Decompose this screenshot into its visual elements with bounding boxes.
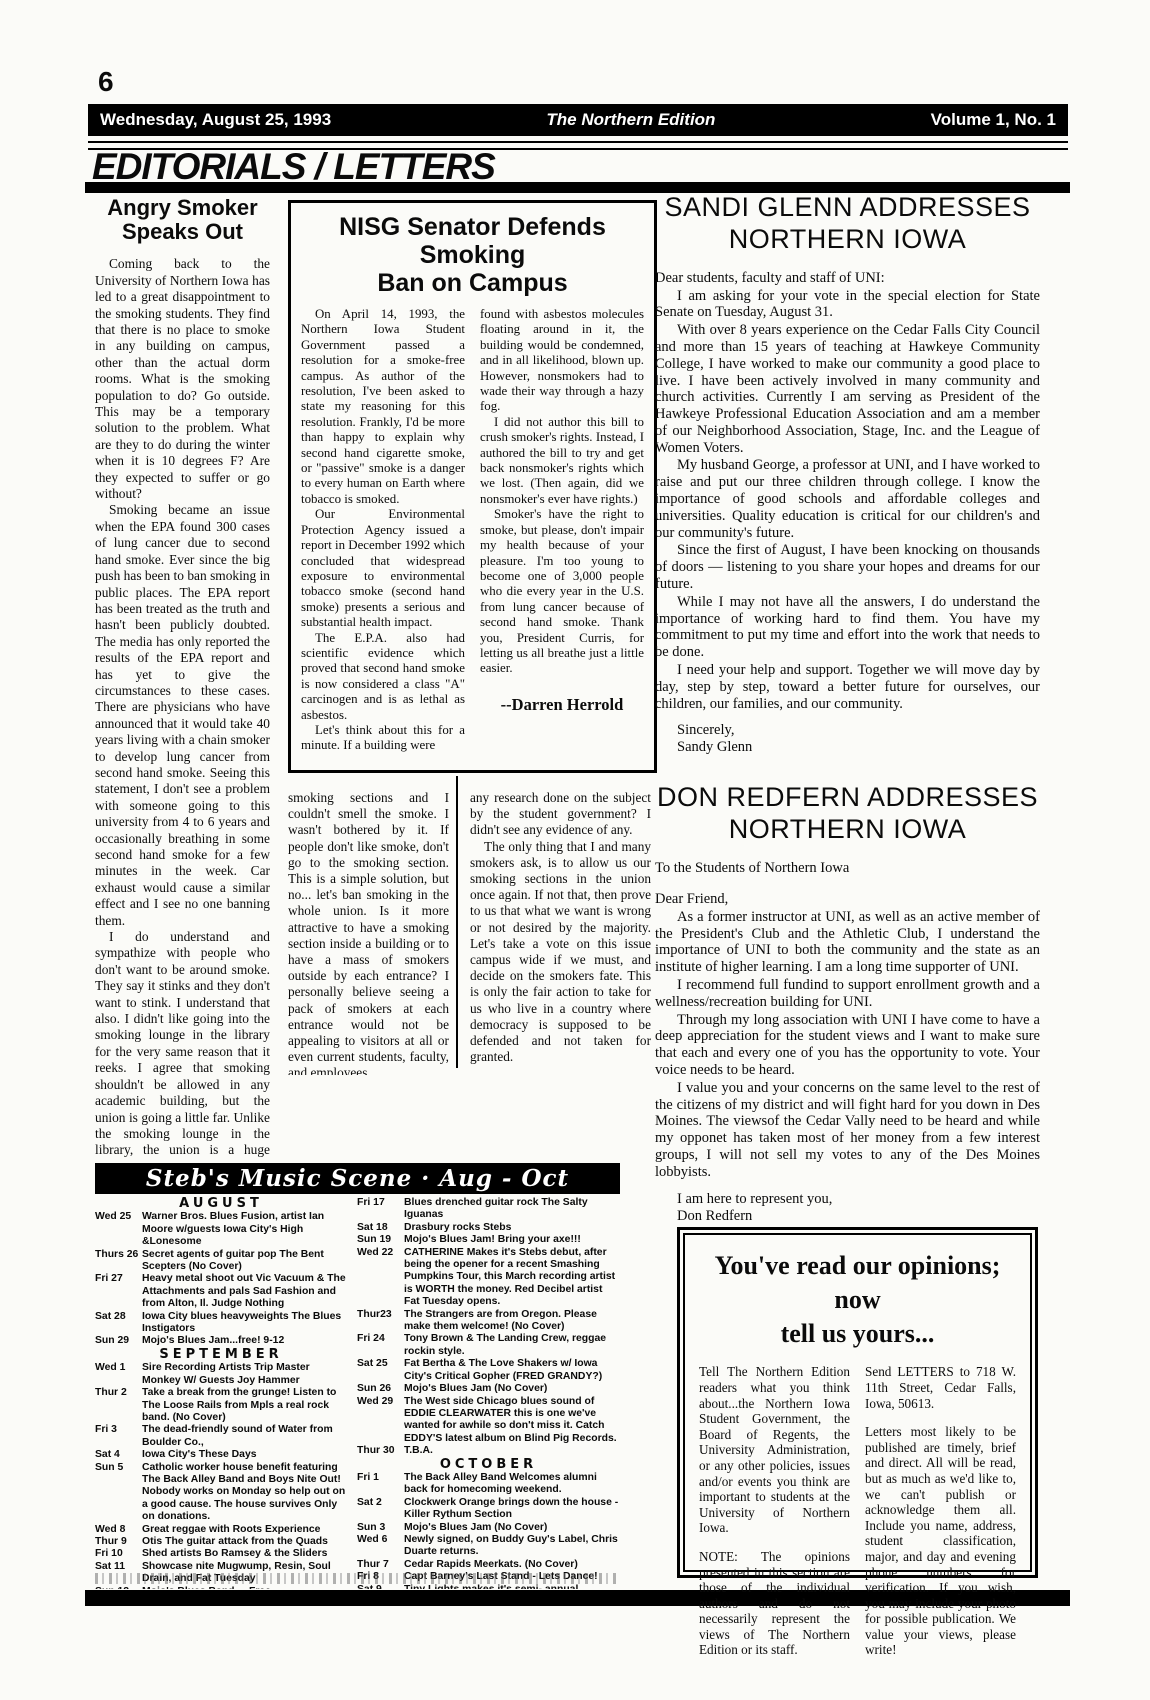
event-description: Iowa City blues heavyweights The Blues I… [142,1311,347,1336]
paragraph: I did not author this bill to crush smok… [480,415,644,507]
paragraph: Tell The Northern Edition readers what y… [699,1364,850,1536]
event-day: Sat 18 [357,1222,404,1234]
paragraph: I do understand and sympathize with peop… [95,929,270,1161]
event-description: Shed artists Bo Ramsey & the Sliders [142,1548,347,1560]
paragraph: Our Environmental Protection Agency issu… [301,507,465,630]
headline-line: Speaks Out [95,220,270,244]
letter-redfern-body: To the Students of Northern Iowa Dear Fr… [655,860,1040,1222]
event-day: Sun 5 [95,1462,142,1524]
event-day: Thurs 26 [95,1249,142,1274]
music-event: Thurs 26Secret agents of guitar pop The … [95,1249,347,1274]
event-description: Mojo's Blues Jam...free! 9-12 [142,1335,347,1347]
article-headline: NISG Senator Defends Smoking Ban on Camp… [301,213,644,297]
paragraph: I need your help and support. Together w… [655,662,1040,712]
event-day: Thur23 [357,1309,404,1334]
music-event: Wed 1Sire Recording Artists Trip Master … [95,1362,347,1387]
event-day: Sun 19 [357,1234,404,1246]
event-day: Sat 25 [357,1358,404,1383]
event-day: Sat 9 [357,1584,404,1589]
event-description: Secret agents of guitar pop The Bent Sce… [142,1249,347,1274]
letter-continuation-left: smoking sections and I couldn't smell th… [288,790,449,1075]
headline-line: DON REDFERN ADDRESSES [655,782,1040,814]
event-description: Fat Bertha & The Love Shakers w/ Iowa Ci… [404,1358,620,1383]
music-event: Thur 7Cedar Rapids Meerkats. (No Cover) [357,1559,620,1571]
paragraph: As a former instructor at UNI, as well a… [655,909,1040,976]
music-event: Fri 24Tony Brown & The Landing Crew, reg… [357,1333,620,1358]
article-column-left: On April 14, 1993, the Northern Iowa Stu… [301,307,465,754]
paragraph: I value you and your concerns on the sam… [655,1080,1040,1181]
salutation: Dear Friend, [655,891,1040,908]
headline-line: NISG Senator Defends Smoking [301,213,644,269]
event-day: Wed 25 [95,1211,142,1248]
paragraph: On April 14, 1993, the Northern Iowa Stu… [301,307,465,507]
event-day: Fri 3 [95,1424,142,1449]
event-day: Thur 30 [357,1445,404,1457]
letter-paragraphs: I am asking for your vote in the special… [655,288,1040,713]
event-description: Heavy metal shoot out Vic Vacuum & The A… [142,1273,347,1310]
music-event: Wed 8Great reggae with Roots Experience [95,1524,347,1536]
event-day: Thur 2 [95,1387,142,1424]
event-description: Mojo's Blues Band,....Free [142,1586,347,1589]
event-day: Sat 2 [357,1497,404,1522]
event-day: Wed 8 [95,1524,142,1536]
headline-line: You've read our opinions; now [699,1249,1016,1317]
event-description: The dead-friendly sound of Water from Bo… [142,1424,347,1449]
closing-signature: Don Redfern [677,1208,1040,1223]
event-day: Fri 17 [357,1197,404,1222]
event-description: Mojo's Blues Jam! Bring your axe!!! [404,1234,620,1246]
paragraph: any research done on the subject by the … [470,790,651,839]
event-day: Wed 29 [357,1396,404,1446]
event-day: Thur 7 [357,1559,404,1571]
month-header: OCTOBER [357,1459,620,1471]
paragraph: While I may not have all the answers, I … [655,594,1040,661]
music-event: Fri 10Shed artists Bo Ramsey & the Slide… [95,1548,347,1560]
event-day: Sat 4 [95,1449,142,1461]
music-event: Thur 9Otis The guitar attack from the Qu… [95,1536,347,1548]
event-description: Great reggae with Roots Experience [142,1524,347,1536]
event-day: Sun 12 [95,1586,142,1589]
event-description: Mojo's Blues Jam (No Cover) [404,1383,620,1395]
paragraph: Smoking became an issue when the EPA fou… [95,502,270,929]
event-description: Cedar Rapids Meerkats. (No Cover) [404,1559,620,1571]
month-header: SEPTEMBER [95,1349,347,1361]
article-headline: Angry Smoker Speaks Out [95,196,270,244]
scan-noise [95,1573,618,1584]
paragraph: found with asbestos molecules floating a… [480,307,644,415]
letter-headline-redfern: DON REDFERN ADDRESSES NORTHERN IOWA [655,782,1040,846]
event-description: The Back Alley Band Welcomes alumni back… [404,1472,620,1497]
music-event: Sat 25Fat Bertha & The Love Shakers w/ I… [357,1358,620,1383]
paragraph: Send LETTERS to 718 W. 11th Street, Ceda… [865,1364,1016,1411]
salutation: To the Students of Northern Iowa [655,860,1040,877]
event-description: Tony Brown & The Landing Crew, reggae ro… [404,1333,620,1358]
paragraph: Letters most likely to be published are … [865,1424,1016,1658]
paragraph: Through my long association with UNI I h… [655,1012,1040,1079]
event-day: Sun 3 [357,1522,404,1534]
closing-line: I am here to represent you, [677,1191,1040,1208]
event-description: CATHERINE Makes it's Stebs debut, after … [404,1247,620,1309]
event-description: Iowa City's These Days [142,1449,347,1461]
event-day: Fri 10 [95,1548,142,1560]
paragraph: I am asking for your vote in the special… [655,288,1040,322]
music-event: Sun 5Catholic worker house benefit featu… [95,1462,347,1524]
headline-line: SANDI GLENN ADDRESSES [655,192,1040,224]
music-event: Fri 3The dead-friendly sound of Water fr… [95,1424,347,1449]
article-body: Coming back to the University of Norther… [95,256,270,1161]
paragraph: The E.P.A. also had scientific evidence … [301,631,465,723]
letter-sandi-body: Dear students, faculty and staff of UNI:… [655,270,1040,757]
masthead-date: Wednesday, August 25, 1993 [100,110,331,130]
month-header: AUGUST [95,1198,347,1210]
headline-line: NORTHERN IOWA [655,814,1040,846]
music-event: Fri 27Heavy metal shoot out Vic Vacuum &… [95,1273,347,1310]
closing-signature: Sandy Glenn [677,739,1040,756]
event-description: Warner Bros. Blues Fusion, artist Ian Mo… [142,1211,347,1248]
closing-line: Sincerely, [677,722,1040,739]
event-description: The Strangers are from Oregon. Please ma… [404,1309,620,1334]
paragraph: My husband George, a professor at UNI, a… [655,457,1040,541]
event-day: Sat 28 [95,1311,142,1336]
letter-headline-sandi: SANDI GLENN ADDRESSES NORTHERN IOWA [655,192,1040,256]
opinions-box-columns: Tell The Northern Edition readers what y… [699,1364,1016,1671]
headline-line: Angry Smoker [95,196,270,220]
headline-line: Ban on Campus [301,269,644,297]
event-description: Newly signed, on Buddy Guy's Label, Chri… [404,1534,620,1559]
salutation: Dear students, faculty and staff of UNI: [655,270,1040,287]
event-day: Fri 1 [357,1472,404,1497]
article-body: found with asbestos molecules floating a… [480,307,644,677]
opinions-box-inner: You've read our opinions; now tell us yo… [683,1233,1032,1572]
music-event: Wed 22CATHERINE Makes it's Stebs debut, … [357,1247,620,1309]
event-description: Tiny Lights makes it's semi- annual Pilg… [404,1584,620,1589]
column-rule [456,776,458,1068]
event-description: The West side Chicago blues sound of EDD… [404,1396,620,1446]
music-event: Thur23The Strangers are from Oregon. Ple… [357,1309,620,1334]
event-day: Fri 24 [357,1333,404,1358]
event-description: Clockwerk Orange brings down the house -… [404,1497,620,1522]
newspaper-page: 6 Wednesday, August 25, 1993 The Norther… [0,0,1150,1700]
music-event: Wed 25Warner Bros. Blues Fusion, artist … [95,1211,347,1248]
article-nisg-box: NISG Senator Defends Smoking Ban on Camp… [288,200,657,773]
opinions-box-title: You've read our opinions; now tell us yo… [699,1249,1016,1350]
music-event: Sat 4Iowa City's These Days [95,1449,347,1461]
article-column-right: found with asbestos molecules floating a… [480,307,644,754]
music-event: Wed 6Newly signed, on Buddy Guy's Label,… [357,1534,620,1559]
event-description: Blues drenched guitar rock The Salty Igu… [404,1197,620,1222]
paragraph: Since the first of August, I have been k… [655,542,1040,592]
event-description: Catholic worker house benefit featuring … [142,1462,347,1524]
event-day: Wed 1 [95,1362,142,1387]
letter-closing: Sincerely, Sandy Glenn [677,722,1040,756]
music-event: Sat 18Drasbury rocks Stebs [357,1222,620,1234]
music-event: Fri 1The Back Alley Band Welcomes alumni… [357,1472,620,1497]
article-angry-smoker: Angry Smoker Speaks Out Coming back to t… [95,196,270,1161]
paragraph: The only thing that I and many smokers a… [470,839,651,1066]
headline-line: NORTHERN IOWA [655,224,1040,256]
page-number: 6 [98,66,114,98]
event-description: Otis The guitar attack from the Quads [142,1536,347,1548]
paragraph: Let's think about this for a minute. If … [301,723,465,754]
music-event: Sat 2Clockwerk Orange brings down the ho… [357,1497,620,1522]
paragraph: Coming back to the University of Norther… [95,256,270,502]
event-day: Sun 29 [95,1335,142,1347]
event-description: Mojo's Blues Jam (No Cover) [404,1522,620,1534]
music-event: Thur 30T.B.A. [357,1445,620,1457]
author-signature: --Darren Herrold [480,697,644,712]
music-scene-banner: Steb's Music Scene · Aug - Oct [95,1163,620,1194]
article-body: any research done on the subject by the … [470,790,651,1065]
opinions-column-left: Tell The Northern Edition readers what y… [699,1364,850,1671]
event-description: Sire Recording Artists Trip Master Monke… [142,1362,347,1387]
paragraph: smoking sections and I couldn't smell th… [288,790,449,1075]
paragraph: I recommend full fundind to support enro… [655,977,1040,1011]
letters-column: SANDI GLENN ADDRESSES NORTHERN IOWA Dear… [655,192,1040,1222]
event-description: T.B.A. [404,1445,620,1457]
music-event: Wed 29The West side Chicago blues sound … [357,1396,620,1446]
headline-line: tell us yours... [699,1317,1016,1351]
masthead-publication: The Northern Edition [546,110,715,130]
music-scene-listings: AUGUSTWed 25Warner Bros. Blues Fusion, a… [95,1197,620,1589]
music-event: Sun 12Mojo's Blues Band,....Free [95,1586,347,1589]
event-day: Wed 6 [357,1534,404,1559]
event-description: Drasbury rocks Stebs [404,1222,620,1234]
event-description: Take a break from the grunge! Listen to … [142,1387,347,1424]
opinions-box: You've read our opinions; now tell us yo… [677,1227,1038,1578]
music-event: Sat 9Tiny Lights makes it's semi- annual… [357,1584,620,1589]
music-event: Sun 19Mojo's Blues Jam! Bring your axe!!… [357,1234,620,1246]
masthead-volume: Volume 1, No. 1 [931,110,1056,130]
paragraph: NOTE: The opinions presented in this sec… [699,1549,850,1658]
music-event: Thur 2Take a break from the grunge! List… [95,1387,347,1424]
event-day: Sun 26 [357,1383,404,1395]
music-event: Sat 28Iowa City blues heavyweights The B… [95,1311,347,1336]
music-event: Fri 17Blues drenched guitar rock The Sal… [357,1197,620,1222]
article-columns: On April 14, 1993, the Northern Iowa Stu… [301,307,644,754]
music-column-left: AUGUSTWed 25Warner Bros. Blues Fusion, a… [95,1197,347,1589]
paragraph: With over 8 years experience on the Ceda… [655,322,1040,456]
letter-paragraphs: As a former instructor at UNI, as well a… [655,909,1040,1181]
event-day: Wed 22 [357,1247,404,1309]
event-day: Fri 27 [95,1273,142,1310]
masthead-bar: Wednesday, August 25, 1993 The Northern … [88,104,1068,136]
music-event: Sun 26Mojo's Blues Jam (No Cover) [357,1383,620,1395]
event-day: Thur 9 [95,1536,142,1548]
opinions-column-right: Send LETTERS to 718 W. 11th Street, Ceda… [865,1364,1016,1671]
letter-continuation-right: any research done on the subject by the … [470,790,651,1075]
music-event: Sun 3Mojo's Blues Jam (No Cover) [357,1522,620,1534]
music-column-right: Fri 17Blues drenched guitar rock The Sal… [357,1197,620,1589]
letter-closing: I am here to represent you, Don Redfern [677,1191,1040,1223]
paragraph: Smoker's have the right to smoke, but pl… [480,507,644,676]
music-event: Sun 29Mojo's Blues Jam...free! 9-12 [95,1335,347,1347]
